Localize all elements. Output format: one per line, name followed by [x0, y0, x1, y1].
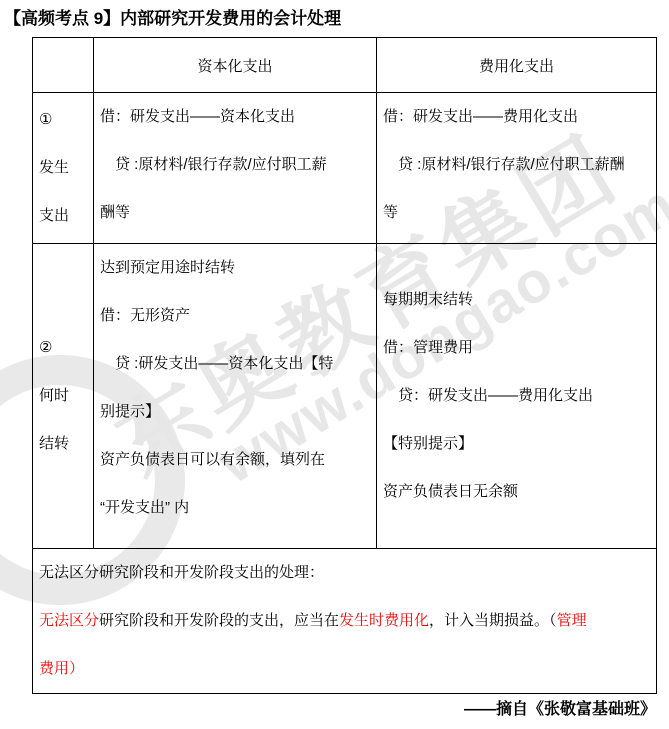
- text-line: 【特别提示】: [383, 420, 650, 468]
- text-line: 贷：研发支出——费用化支出: [383, 372, 650, 420]
- table-row-when-to-transfer: ②何时结转 达到预定用途时结转借：无形资产 贷 :研发支出——资本化支出【特别提…: [33, 244, 657, 549]
- text-segment: 无法区分: [39, 612, 99, 629]
- text-segment: 费用）: [39, 660, 84, 677]
- header-cell-expensed-expenditure: 费用化支出: [377, 38, 657, 93]
- text-line: 无法区分研究阶段和开发阶段支出的处理：: [39, 549, 650, 597]
- table-row-incurring-expenditure: ①发生支出 借：研发支出——资本化支出 贷 :原材料/银行存款/应付职工薪酬等 …: [33, 93, 657, 244]
- table-row-merged-note: 无法区分研究阶段和开发阶段支出的处理：无法区分研究阶段和开发阶段的支出，应当在发…: [33, 549, 657, 694]
- accounting-treatment-table: 资本化支出 费用化支出 ①发生支出 借：研发支出——资本化支出 贷 :原材料/银…: [32, 37, 657, 694]
- text-line: 无法区分研究阶段和开发阶段的支出，应当在发生时费用化，计入当期损益。（管理: [39, 597, 650, 645]
- text-line: 费用）: [39, 645, 650, 693]
- page-title: 【高频考点 9】内部研究开发费用的会计处理: [4, 4, 341, 29]
- merged-note-cell: 无法区分研究阶段和开发阶段支出的处理：无法区分研究阶段和开发阶段的支出，应当在发…: [33, 549, 657, 694]
- text-segment: 管理: [557, 612, 587, 629]
- source-citation: ——摘自《张敬富基础班》: [464, 696, 656, 719]
- header-cell-empty: [33, 38, 94, 93]
- text-line: 借：研发支出——费用化支出: [383, 93, 650, 141]
- text-line: 贷 :原材料/银行存款/应付职工薪酬: [383, 141, 650, 189]
- text-line: 资产负债表日可以有余额，填列在: [100, 436, 370, 484]
- text-line: 支出: [39, 192, 87, 240]
- page: 东奥教育集团 www.dongao.com 【高频考点 9】内部研究开发费用的会…: [0, 0, 669, 729]
- capitalized-entry-cell: 借：研发支出——资本化支出 贷 :原材料/银行存款/应付职工薪酬等: [94, 93, 377, 244]
- text-segment: 无法区分研究阶段和开发阶段支出的处理：: [39, 564, 324, 581]
- text-line: 借：研发支出——资本化支出: [100, 93, 370, 141]
- text-line: 达到预定用途时结转: [100, 244, 370, 292]
- row-label-cell: ②何时结转: [33, 244, 94, 549]
- text-line: 结转: [39, 420, 87, 468]
- text-line: 别提示】: [100, 388, 370, 436]
- header-cell-capitalized-expenditure: 资本化支出: [94, 38, 377, 93]
- expensed-entry-cell: 借：研发支出——费用化支出 贷 :原材料/银行存款/应付职工薪酬等: [377, 93, 657, 244]
- text-line: 借：管理费用: [383, 324, 650, 372]
- text-line: 贷 :研发支出——资本化支出【特: [100, 340, 370, 388]
- expensed-entry-cell: 每期期末结转借：管理费用 贷：研发支出——费用化支出【特别提示】资产负债表日无余…: [377, 244, 657, 549]
- text-line: 贷 :原材料/银行存款/应付职工薪: [100, 141, 370, 189]
- capitalized-entry-cell: 达到预定用途时结转借：无形资产 贷 :研发支出——资本化支出【特别提示】资产负债…: [94, 244, 377, 549]
- text-line: ①: [39, 96, 87, 144]
- text-line: 等: [383, 189, 650, 237]
- text-line: “开发支出” 内: [100, 484, 370, 532]
- text-line: 酬等: [100, 189, 370, 237]
- text-line: 每期期末结转: [383, 276, 650, 324]
- text-line: 资产负债表日无余额: [383, 468, 650, 516]
- text-line: 发生: [39, 144, 87, 192]
- text-line: 何时: [39, 372, 87, 420]
- text-line: 借：无形资产: [100, 292, 370, 340]
- row-label-cell: ①发生支出: [33, 93, 94, 244]
- text-segment: 发生时费用化: [339, 612, 429, 629]
- header-row: 资本化支出 费用化支出: [33, 38, 657, 93]
- text-segment: 研究阶段和开发阶段的支出，应当在: [99, 612, 339, 629]
- text-segment: ，计入当期损益。（: [429, 612, 557, 629]
- text-line: ②: [39, 324, 87, 372]
